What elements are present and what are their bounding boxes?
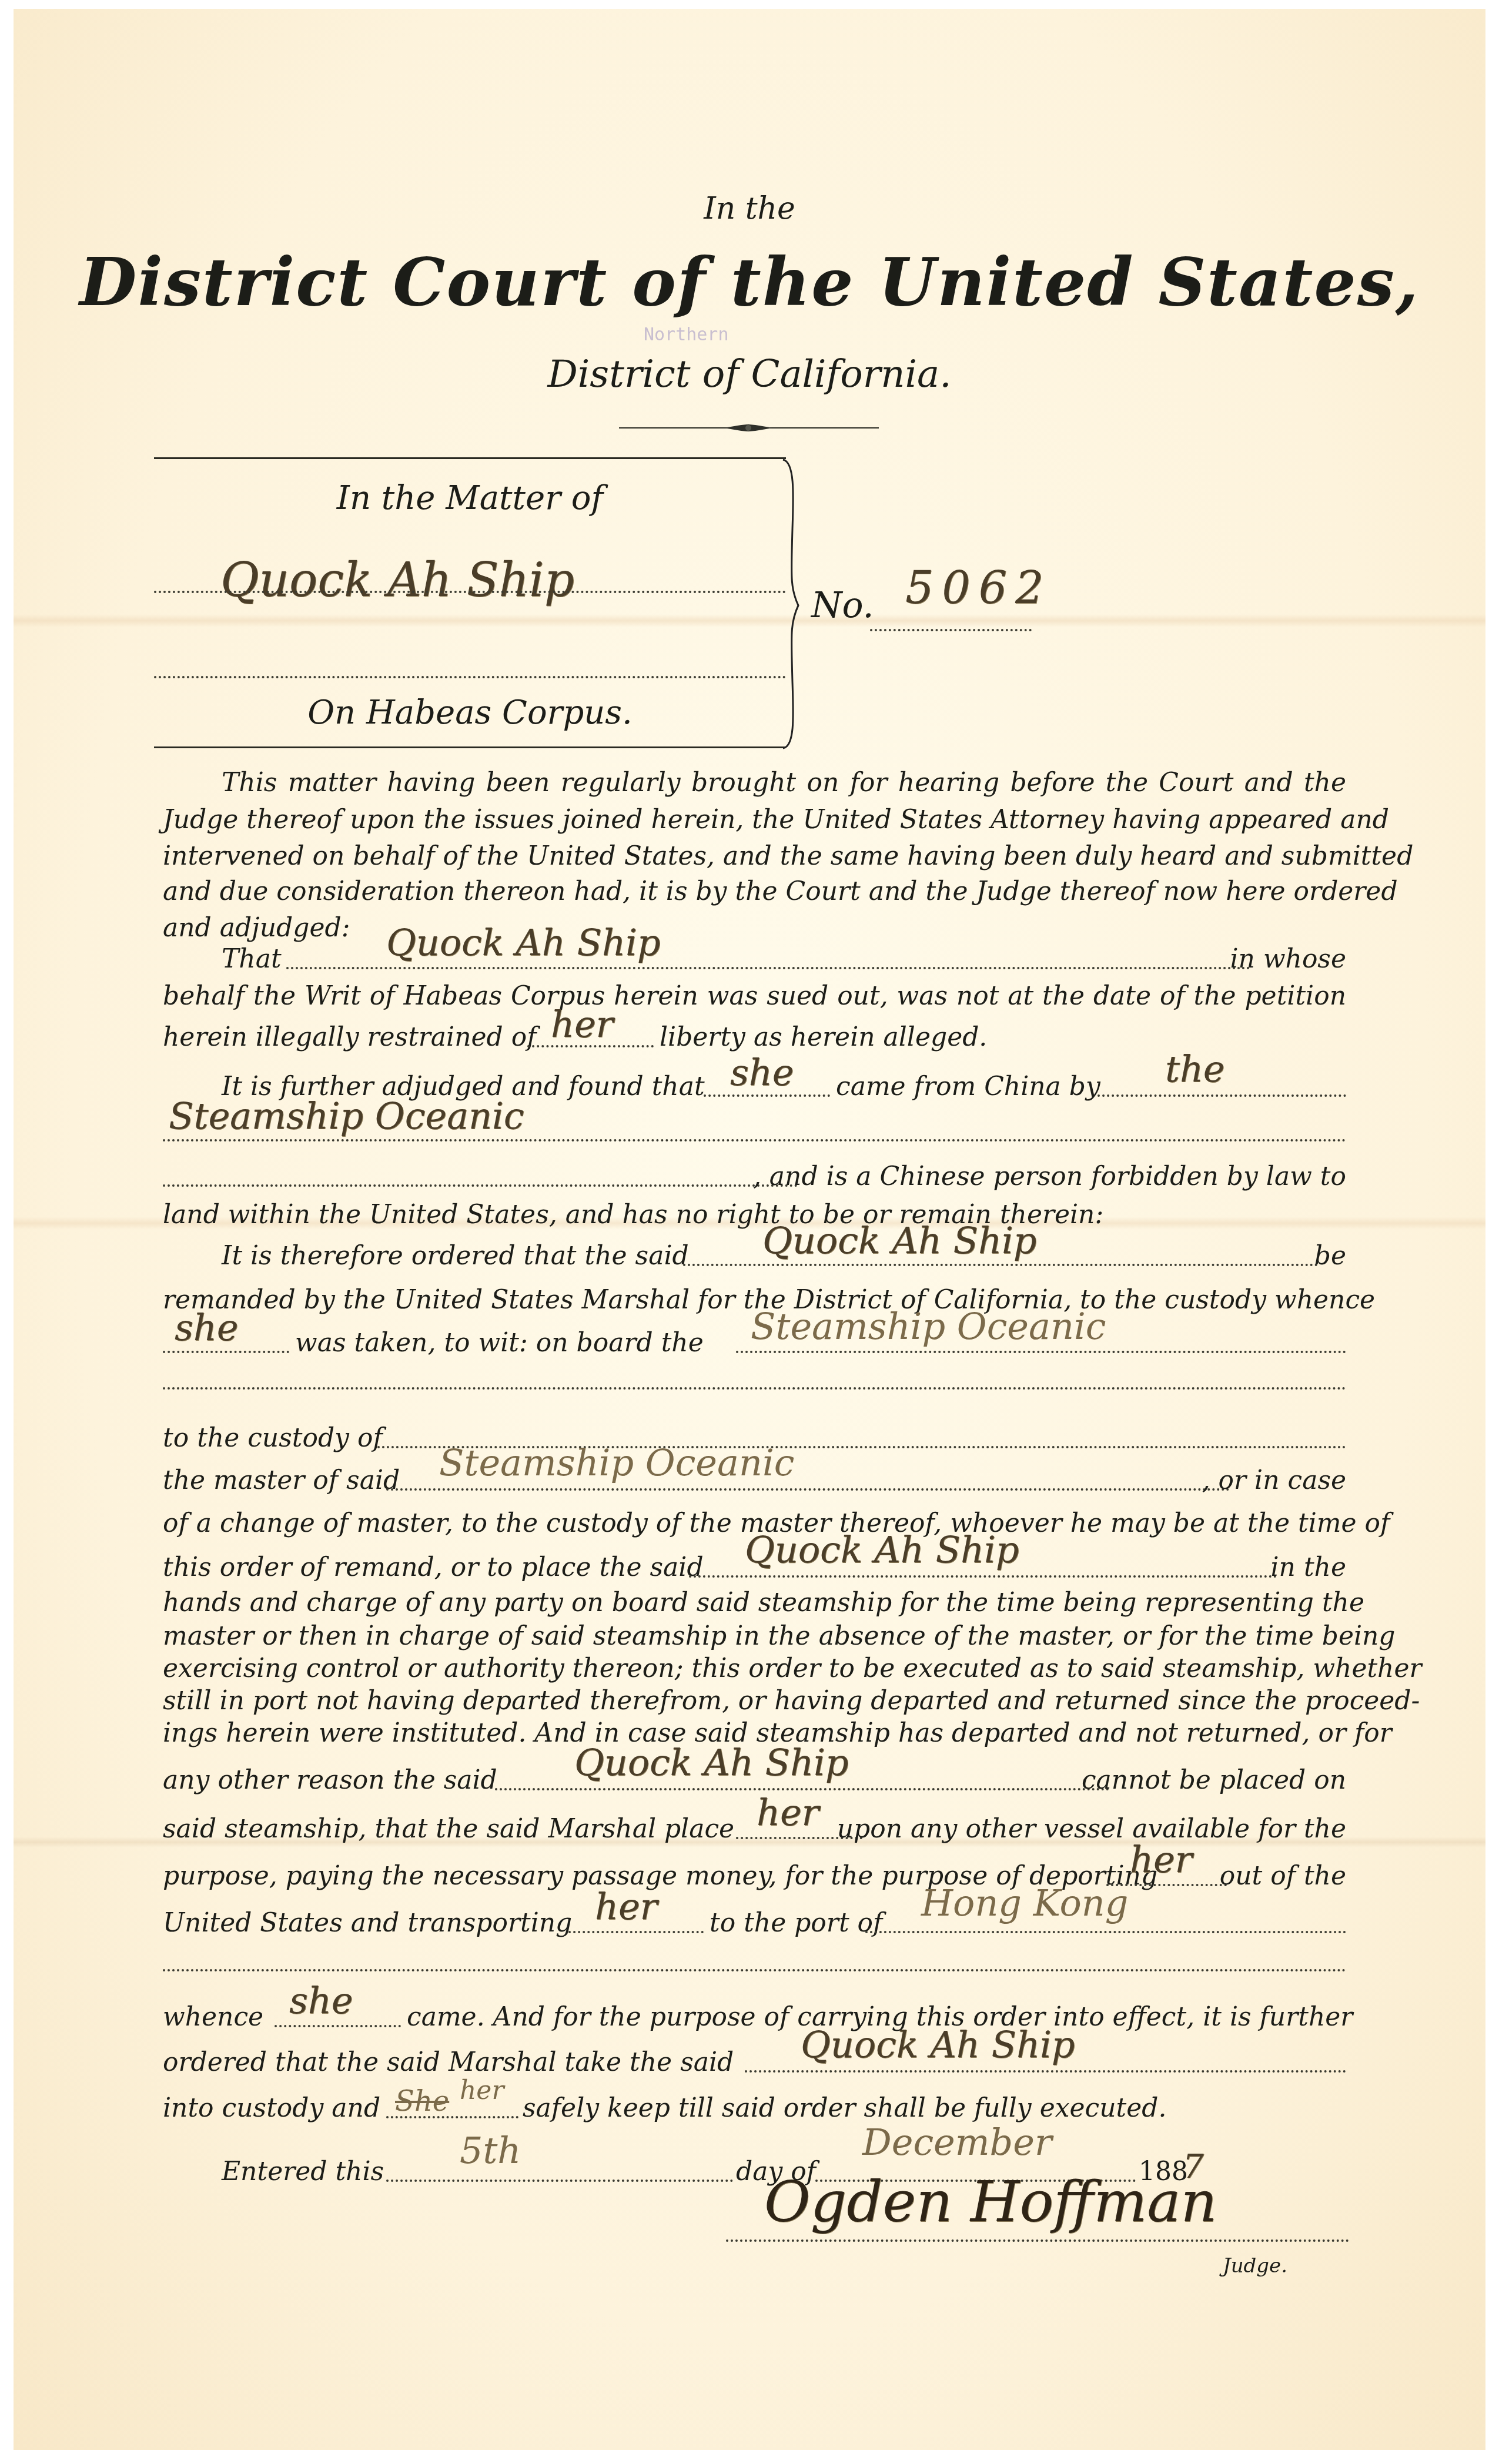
other-reason-name-line [495,1788,1109,1790]
therefore-name-line [683,1264,1318,1266]
restrained-pronoun: her [551,1009,613,1040]
transport-pronoun: her [595,1891,657,1923]
proceeding-label: On Habeas Corpus. [154,694,786,732]
other-reason-prefix: any other reason the said [163,1765,497,1796]
petitioner-name-line [154,591,786,593]
take-line: ordered that the said Marshal take the s… [163,2047,1346,2078]
transport-prefix: United States and transporting [163,1907,572,1939]
order-text-line: land within the United States, and has n… [163,1199,1346,1231]
or-in-case-text: , or in case [1202,1465,1346,1497]
judge-label: Judge. [1223,2254,1287,2278]
further-pronoun: she [730,1057,794,1089]
preamble: In the [0,191,1499,226]
custody-struck-pronoun: She [395,2085,449,2117]
entry-month: December [862,2127,1052,2158]
district-name: District of California. [0,353,1499,396]
take-prefix: ordered that the said Marshal take the s… [163,2047,734,2078]
custody-prefix: into custody and [163,2093,380,2124]
caption-box-top-rule [154,457,786,459]
taken-pronoun: she [175,1312,238,1344]
taken-vessel: Steamship Oceanic [751,1311,1106,1343]
fold-crease [14,614,1485,627]
therefore-name: Quock Ah Ship [762,1225,1036,1257]
order-text-line: intervened on behalf of the United State… [163,841,1346,872]
taken-text: was taken, to wit: on board the [295,1327,704,1359]
chinese-person-text: , and is a Chinese person forbidden by l… [753,1161,1346,1193]
case-number-line [870,629,1032,631]
be-text: be [1314,1240,1346,1272]
case-number-label: No. [811,585,874,626]
custody-of-text: to the custody of [163,1422,383,1454]
vessel-line: Steamship Oceanic [163,1117,1346,1149]
port-name: Hong Kong [921,1887,1128,1919]
remand-prefix: this order of remand, or to place the sa… [163,1552,704,1583]
marshal-place-prefix: said steamship, that the said Marshal pl… [163,1813,734,1845]
marshal-place-pronoun: her [757,1797,819,1829]
restrained-suffix: liberty as herein alleged. [660,1022,987,1053]
vessel-fill: Steamship Oceanic [169,1100,524,1132]
taken-vessel-line [736,1351,1346,1353]
purpose-pronoun: her [1130,1844,1192,1876]
blank-line [163,1387,1346,1390]
custody-line: into custody and She her safely keep til… [163,2093,1346,2124]
master-of-said-text: the master of said [163,1465,400,1497]
other-reason-name: Quock Ah Ship [574,1747,848,1779]
judge-signature: Ogden Hoffman [764,2169,1217,2235]
order-text-line: hands and charge of any party on board s… [163,1587,1346,1619]
therefore-prefix: It is therefore ordered that the said [222,1240,689,1272]
whence-prefix: whence [163,2001,263,2033]
came-by-fill: the [1165,1053,1225,1085]
pronoun-line [568,1931,704,1933]
order-text-line: Judge thereof upon the issues joined her… [163,804,1346,836]
transport-line: United States and transporting her to th… [163,1907,1346,1939]
master-vessel: Steamship Oceanic [439,1447,795,1479]
order-text-line: master or then in charge of said steamsh… [163,1621,1346,1652]
order-text-line: and adjudged: [163,912,1346,944]
in-whose-text: in whose [1230,943,1346,975]
blank-line [163,1969,1346,1971]
entered-this-label: Entered this [222,2156,384,2188]
remand-name-line [689,1575,1277,1578]
whence-pronoun: she [289,1985,353,2017]
order-text-line: and due consideration thereon had, it is… [163,876,1346,908]
order-text-line: still in port not having departed theref… [163,1685,1346,1717]
brace-icon [782,458,811,749]
order-text-line: exercising control or authority thereon;… [163,1653,1346,1685]
chinese-person-line: , and is a Chinese person forbidden by l… [163,1161,1346,1193]
therefore-line: It is therefore ordered that the said Qu… [163,1240,1346,1272]
came-from-text: came from China by [836,1071,1100,1103]
order-text-line: behalf the Writ of Habeas Corpus herein … [163,980,1346,1012]
pronoun-line [275,2025,401,2027]
signature-line [726,2239,1349,2242]
that-line: That Quock Ah Ship in whose [163,943,1346,975]
restrained-prefix: herein illegally restrained of [163,1022,536,1053]
ornament-divider [619,424,879,431]
take-name-line [745,2070,1346,2073]
district-stamp: Northern [644,324,729,345]
take-name: Quock Ah Ship [801,2029,1075,2061]
court-title: District Court of the United States, [0,244,1499,321]
purpose-line: purpose, paying the necessary passage mo… [163,1860,1346,1892]
pronoun-line [704,1094,830,1097]
caption-blank-line [154,676,786,678]
master-vessel-line [386,1488,1230,1491]
cannot-be-placed-text: cannot be placed on [1082,1765,1346,1796]
vessel-line-dots [163,1139,1346,1141]
petitioner-name: Quock Ah Ship [220,553,574,607]
remand-line: this order of remand, or to place the sa… [163,1552,1346,1583]
entry-day: 5th [460,2135,521,2167]
custody-pronoun: her [460,2075,504,2107]
that-label: That [222,943,282,975]
that-name: Quock Ah Ship [386,927,660,959]
other-reason-line: any other reason the said Quock Ah Ship … [163,1765,1346,1796]
case-number: 5062 [905,561,1052,614]
day-line [386,2180,733,2182]
pronoun-line [163,1351,289,1353]
in-the-matter-of-label: In the Matter of [154,479,786,517]
in-the-text: in the [1271,1552,1346,1583]
custody-suffix: safely keep till said order shall be ful… [523,2093,1166,2124]
marshal-place-suffix: upon any other vessel available for the [837,1813,1346,1845]
transport-mid: to the port of [710,1907,882,1939]
master-line: the master of said Steamship Oceanic , o… [163,1465,1346,1497]
diamond-ornament-icon [724,424,773,431]
caption-box-bottom-rule [154,746,786,748]
taken-line: she was taken, to wit: on board the Stea… [163,1327,1346,1359]
remand-name: Quock Ah Ship [745,1534,1019,1566]
whence-line: whence she came. And for the purpose of … [163,2001,1346,2033]
purpose-suffix: out of the [1220,1860,1346,1892]
port-line [865,1931,1346,1933]
blank-line [163,1184,798,1187]
order-text-line: This matter having been regularly brough… [163,767,1346,799]
that-name-line [286,967,1250,969]
came-by-line [1098,1094,1346,1097]
